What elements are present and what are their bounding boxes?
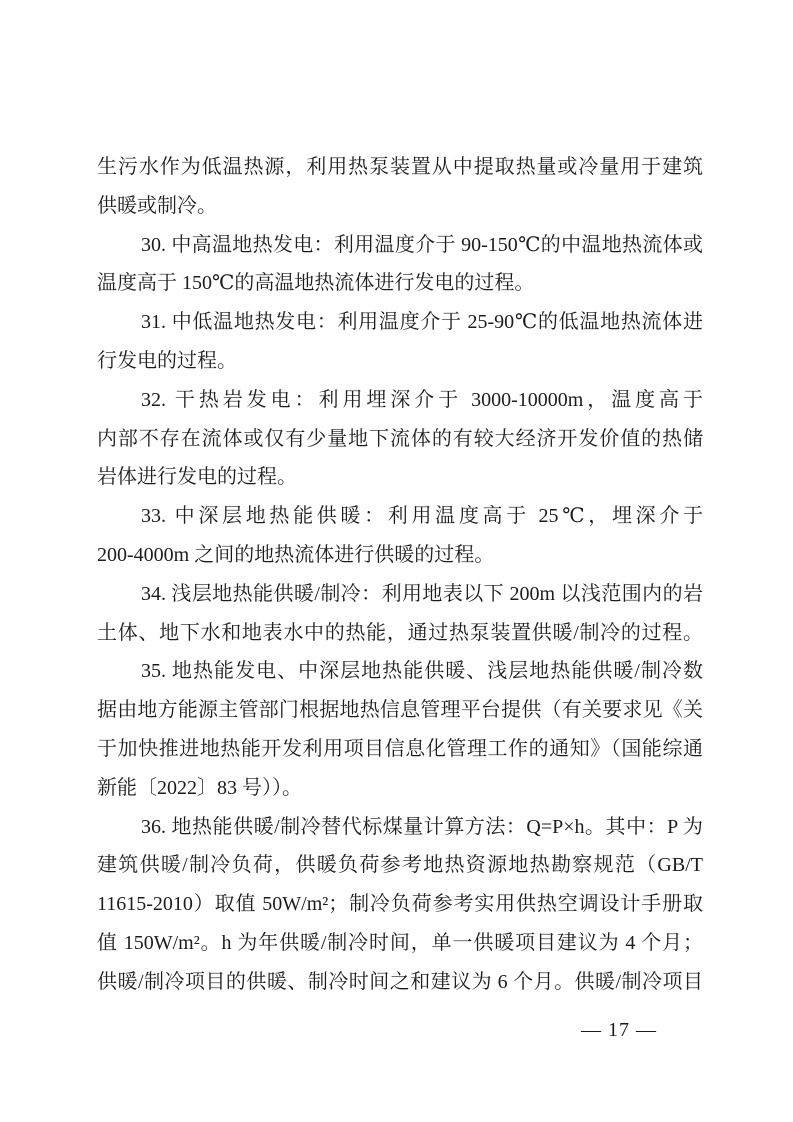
paragraph: 36. 地热能供暖/制冷替代标煤量计算方法：Q=P×h。其中：P 为建筑供暖/制… <box>97 808 703 1002</box>
text-line: 内部不存在流体或仅有少量地下流体的有较大经济开发价值的热储 <box>97 420 703 459</box>
paragraph: 30. 中高温地热发电：利用温度介于 90-150℃的中温地热流体或温度高于 1… <box>97 226 703 304</box>
text-line: 200-4000m 之间的地热流体进行供暖的过程。 <box>97 536 703 575</box>
text-line: 生污水作为低温热源，利用热泵装置从中提取热量或冷量用于建筑 <box>97 148 703 187</box>
text-line: 据由地方能源主管部门根据地热信息管理平台提供（有关要求见《关 <box>97 691 703 730</box>
text-line: 33. 中深层地热能供暖：利用温度高于 25℃，埋深介于 <box>97 497 703 536</box>
text-line: 34. 浅层地热能供暖/制冷：利用地表以下 200m 以浅范围内的岩 <box>97 575 703 614</box>
text-line: 土体、地下水和地表水中的热能，通过热泵装置供暖/制冷的过程。 <box>97 614 703 653</box>
text-line: 11615-2010）取值 50W/m²；制冷负荷参考实用供热空调设计手册取 <box>97 885 703 924</box>
paragraph: 35. 地热能发电、中深层地热能供暖、浅层地热能供暖/制冷数据由地方能源主管部门… <box>97 652 703 807</box>
text-block: 生污水作为低温热源，利用热泵装置从中提取热量或冷量用于建筑供暖或制冷。30. 中… <box>97 148 703 1002</box>
text-line: 岩体进行发电的过程。 <box>97 458 703 497</box>
document-page: 生污水作为低温热源，利用热泵装置从中提取热量或冷量用于建筑供暖或制冷。30. 中… <box>0 0 793 1122</box>
paragraph: 31. 中低温地热发电：利用温度介于 25-90℃的低温地热流体进行发电的过程。 <box>97 303 703 381</box>
text-line: 32. 干热岩发电：利用埋深介于 3000-10000m，温度高于 200℃， <box>97 381 703 420</box>
text-line: 36. 地热能供暖/制冷替代标煤量计算方法：Q=P×h。其中：P 为 <box>97 808 703 847</box>
text-line: 温度高于 150℃的高温地热流体进行发电的过程。 <box>97 264 703 303</box>
text-line: 30. 中高温地热发电：利用温度介于 90-150℃的中温地热流体或 <box>97 226 703 265</box>
text-line: 供暖或制冷。 <box>97 187 703 226</box>
paragraph: 32. 干热岩发电：利用埋深介于 3000-10000m，温度高于 200℃，内… <box>97 381 703 497</box>
text-line: 值 150W/m²。h 为年供暖/制冷时间，单一供暖项目建议为 4 个月； <box>97 924 703 963</box>
text-line: 35. 地热能发电、中深层地热能供暖、浅层地热能供暖/制冷数 <box>97 652 703 691</box>
paragraph: 34. 浅层地热能供暖/制冷：利用地表以下 200m 以浅范围内的岩土体、地下水… <box>97 575 703 653</box>
text-line: 建筑供暖/制冷负荷，供暖负荷参考地热资源地热勘察规范（GB/T <box>97 846 703 885</box>
text-line: 于加快推进地热能开发利用项目信息化管理工作的通知》（国能综通 <box>97 730 703 769</box>
page-number: — 17 — <box>581 1011 657 1049</box>
text-line: 31. 中低温地热发电：利用温度介于 25-90℃的低温地热流体进 <box>97 303 703 342</box>
text-line: 新能〔2022〕83 号））。 <box>97 769 703 808</box>
paragraph: 生污水作为低温热源，利用热泵装置从中提取热量或冷量用于建筑供暖或制冷。 <box>97 148 703 226</box>
text-line: 行发电的过程。 <box>97 342 703 381</box>
paragraph: 33. 中深层地热能供暖：利用温度高于 25℃，埋深介于200-4000m 之间… <box>97 497 703 575</box>
text-line: 供暖/制冷项目的供暖、制冷时间之和建议为 6 个月。供暖/制冷项目 <box>97 963 703 1002</box>
